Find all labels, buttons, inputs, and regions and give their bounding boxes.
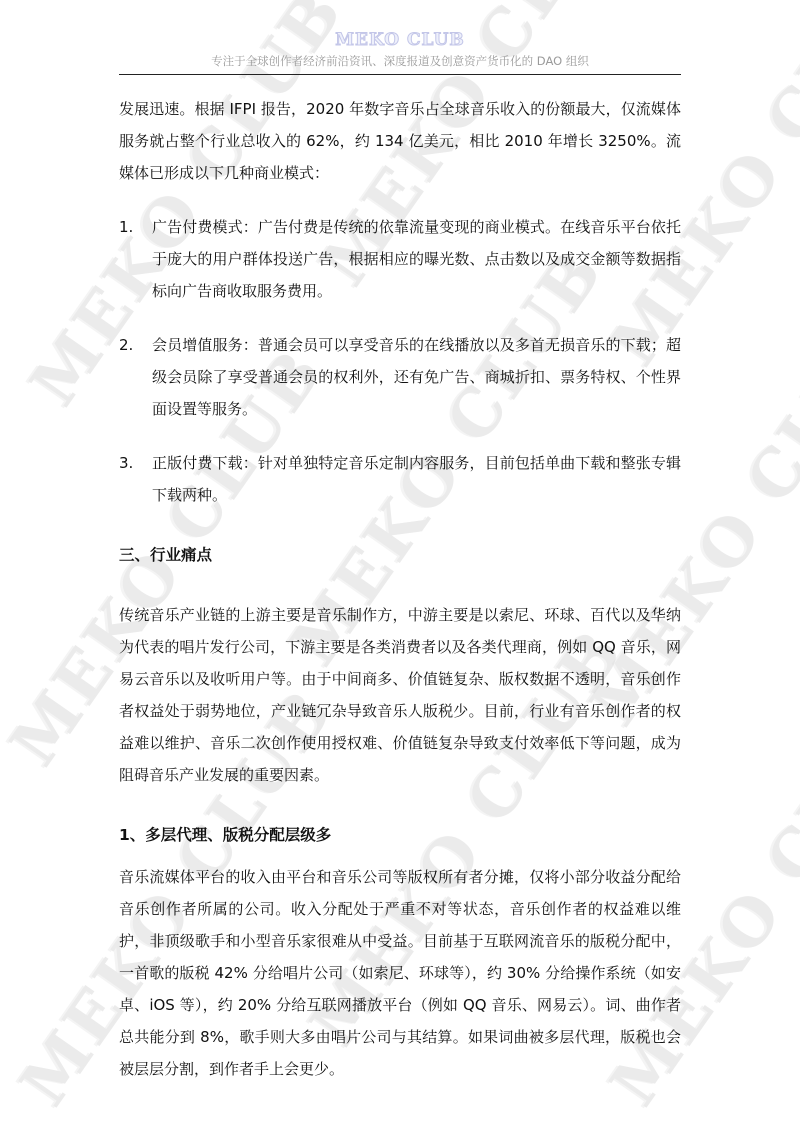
- subsection-paragraph: 音乐流媒体平台的收入由平台和音乐公司等版权所有者分摊，仅将小部分收益分配给音乐创…: [119, 861, 681, 1085]
- subsection-heading: 1、多层代理、版税分配层级多: [119, 819, 681, 851]
- list-number: 3.: [119, 447, 133, 479]
- list-item: 3. 正版付费下载：针对单独特定音乐定制内容服务，目前包括单曲下载和整张专辑下载…: [119, 447, 681, 511]
- section-paragraph: 传统音乐产业链的上游主要是音乐制作方，中游主要是以索尼、环球、百代以及华纳为代表…: [119, 599, 681, 791]
- brand-logo-text: MEKO CLUB: [0, 30, 800, 50]
- section-heading: 三、行业痛点: [119, 539, 681, 571]
- header-tagline: 专注于全球创作者经济前沿资讯、深度报道及创意资产货币化的 DAO 组织: [0, 53, 800, 69]
- business-model-list: 1. 广告付费模式：广告付费是传统的依靠流量变现的商业模式。在线音乐平台依托于庞…: [119, 211, 681, 511]
- list-item-text: 广告付费模式：广告付费是传统的依靠流量变现的商业模式。在线音乐平台依托于庞大的用…: [152, 218, 681, 300]
- list-item-text: 正版付费下载：针对单独特定音乐定制内容服务，目前包括单曲下载和整张专辑下载两种。: [152, 454, 681, 504]
- intro-paragraph: 发展迅速。根据 IFPI 报告，2020 年数字音乐占全球音乐收入的份额最大，仅…: [119, 93, 681, 189]
- list-item: 1. 广告付费模式：广告付费是传统的依靠流量变现的商业模式。在线音乐平台依托于庞…: [119, 211, 681, 307]
- list-number: 2.: [119, 329, 133, 361]
- list-number: 1.: [119, 211, 133, 243]
- document-body: 发展迅速。根据 IFPI 报告，2020 年数字音乐占全球音乐收入的份额最大，仅…: [119, 93, 681, 1085]
- list-item-text: 会员增值服务：普通会员可以享受音乐的在线播放以及多首无损音乐的下载；超级会员除了…: [152, 336, 681, 418]
- list-item: 2. 会员增值服务：普通会员可以享受音乐的在线播放以及多首无损音乐的下载；超级会…: [119, 329, 681, 425]
- header-divider: [119, 74, 681, 75]
